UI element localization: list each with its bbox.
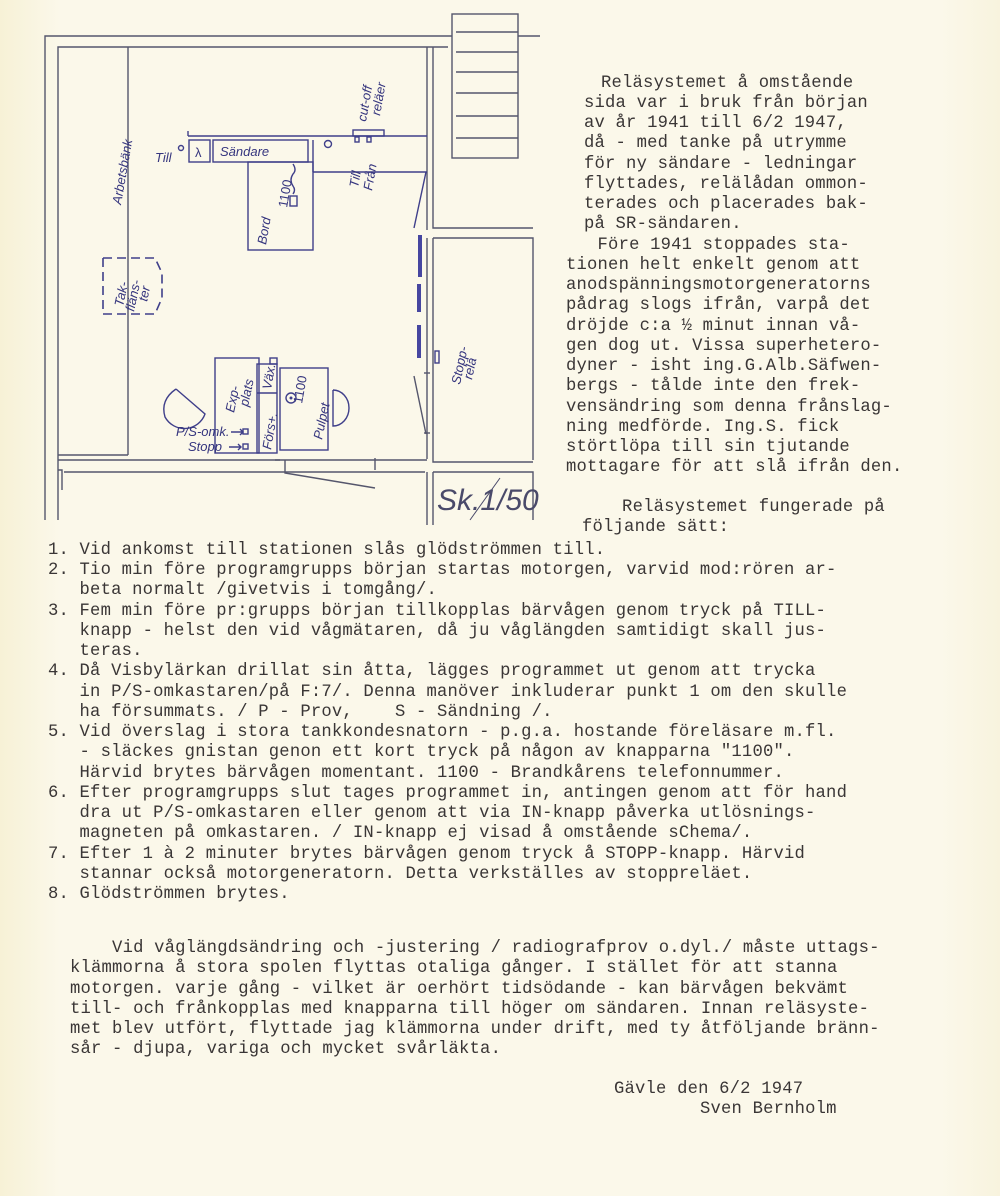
intro-line: dyner - isht ing.G.Alb.Säfwen- (566, 357, 881, 377)
step-8: 8. Glödströmmen brytes. (48, 885, 290, 905)
step-6-cont: magneten på omkastaren. / IN-knapp ej vi… (48, 824, 752, 844)
step-3-cont: knapp - helst den vid vågmätaren, då ju … (48, 622, 826, 642)
closing-line: till- och frånkopplas med knapparna till… (70, 1000, 869, 1020)
step-7-cont: stannar också motorgeneratorn. Detta ver… (48, 865, 752, 885)
place-date: Gävle den 6/2 1947 (614, 1080, 803, 1100)
intro-line: mottagare för att slå ifrån den. (566, 458, 902, 478)
table-label: Bord (254, 215, 274, 245)
intro-line: dröjde c:a ½ minut innan vå- (566, 317, 860, 337)
intro-line: för ny sändare - ledningar (584, 155, 857, 175)
step-1: 1. Vid ankomst till stationen slås glöds… (48, 541, 605, 561)
stop-relay-box (435, 351, 439, 363)
chair-left-icon (164, 389, 205, 428)
wavemeter-label: λ (195, 145, 202, 160)
intro-line: ning medförde. Ing.S. fick (566, 418, 839, 438)
intro-line: bergs - tålde inte den frek- (566, 377, 860, 397)
step-6: 6. Efter programgrupps slut tages progra… (48, 784, 847, 804)
exp-label-2: plats (236, 377, 257, 408)
step-5-cont: - släckes gnistan genon ett kort tryck p… (48, 743, 795, 763)
intro-line: anodspänningsmotorgeneratorns (566, 276, 871, 296)
intro-line: störtlöpa till sin tjutande (566, 438, 850, 458)
closing-line: Vid våglängdsändring och -justering / ra… (70, 939, 880, 959)
chair-icon (333, 390, 349, 426)
author-name: Sven Bernholm (700, 1100, 837, 1120)
switch-icon (325, 141, 332, 148)
transmitter-label: Sändare (220, 144, 269, 159)
closing-line: met blev utfört, flyttade jag klämmorna … (70, 1020, 880, 1040)
till-button-icon (179, 146, 184, 151)
cutoff-relay-box (353, 130, 384, 136)
window-bar (418, 235, 422, 277)
stop-relay-label-2: relä (460, 356, 479, 380)
closing-line: klämmorna å stora spolen flyttas otaliga… (70, 959, 838, 979)
procedure-intro-line: Reläsystemet fungerade på (580, 498, 885, 518)
intro-line: då - med tanke på utrymme (584, 134, 847, 154)
switchboard-label: Väx. (259, 362, 278, 390)
cutoff-label-2: reläer (368, 81, 389, 117)
stop-button-label: Stopp (188, 439, 222, 454)
step-3-cont: teras. (48, 642, 143, 662)
intro-line: sida var i bruk från början (584, 94, 868, 114)
intro-line: tionen helt enkelt genom att (566, 256, 860, 276)
closing-line: motorgen. varje gång - vilket är oerhört… (70, 980, 848, 1000)
desk-phone-label: 1100 (290, 374, 310, 404)
procedure-intro-line: följande sätt: (582, 518, 729, 538)
workbench-label: Arbetsbänk (109, 137, 136, 207)
step-4: 4. Då Visbylärkan drillat sin åtta, lägg… (48, 662, 816, 682)
floor-plan-diagram: Arbetsbänk Tak- fläns- ter Till λ Sändar… (0, 0, 560, 530)
intro-line: Reläsystemet å omstående (601, 74, 853, 94)
intro-line: pådrag slogs ifrån, varpå det (566, 296, 871, 316)
intro-line: vensändring som denna frånslag- (566, 398, 892, 418)
door-swing (285, 460, 375, 488)
ceiling-fans-label-3: ter (135, 284, 153, 303)
step-7: 7. Efter 1 à 2 minuter brytes bärvågen g… (48, 845, 805, 865)
intro-line: på SR-sändaren. (584, 215, 742, 235)
intro-line: av år 1941 till 6/2 1947, (584, 114, 847, 134)
step-6-cont: dra ut P/S-omkastaren eller genom att vi… (48, 804, 816, 824)
till-fran-label-2: Från (360, 163, 379, 192)
ps-switch-label: P/S-omk. (176, 424, 229, 439)
step-2: 2. Tio min före programgrupps början sta… (48, 561, 837, 581)
step-4-cont: ha försummats. / P - Prov, S - Sändning … (48, 703, 553, 723)
intro-line: gen dog ut. Vissa superhetero- (566, 337, 881, 357)
step-4-cont: in P/S-omkastaren/på F:7/. Denna manöver… (48, 683, 847, 703)
till-label: Till (155, 150, 173, 165)
staircase (452, 14, 518, 158)
step-2-cont: beta normalt /givetvis i tomgång/. (48, 581, 437, 601)
scale-label: Sk.1/50 (437, 484, 539, 517)
intro-line: terades och placerades bak- (584, 195, 868, 215)
intro-line: Före 1941 stoppades sta- (566, 236, 850, 256)
step-3: 3. Fem min före pr:grupps början tillkop… (48, 602, 826, 622)
closing-line: sår - djupa, variga och mycket svårläkta… (70, 1040, 501, 1060)
step-5-cont: Härvid brytes bärvågen momentant. 1100 -… (48, 764, 784, 784)
step-5: 5. Vid överslag i stora tankkondesnatorn… (48, 723, 837, 743)
intro-line: flyttades, relälådan ommon- (584, 175, 868, 195)
phone-1100-label: 1100 (275, 178, 295, 208)
desk-label: Pulpet (310, 400, 333, 441)
